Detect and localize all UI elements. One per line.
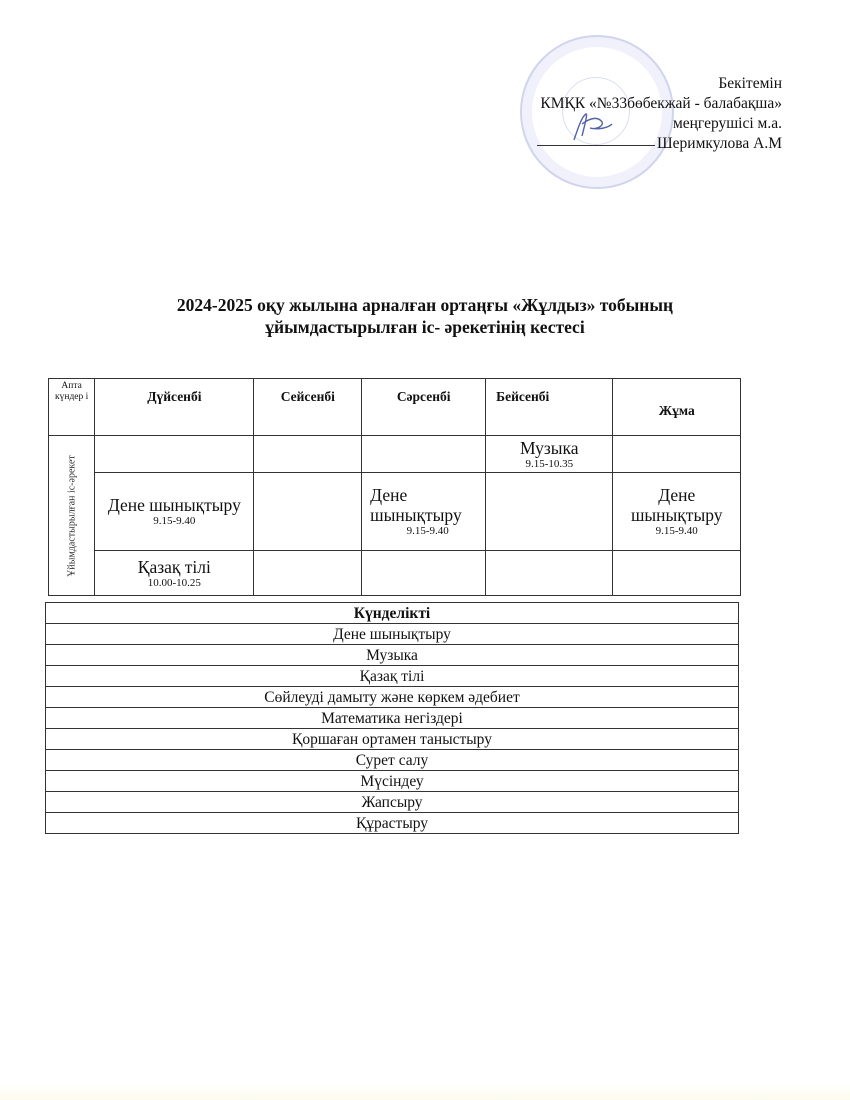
day-header-friday: Жұма [613, 379, 741, 436]
schedule-cell: Дене шынықтыру9.15-9.40 [362, 473, 486, 551]
schedule-cell [254, 473, 362, 551]
schedule-cell [486, 551, 613, 596]
schedule-cell [486, 473, 613, 551]
schedule-cell [362, 436, 486, 473]
schedule-row: Қазақ тілі10.00-10.25 [49, 551, 741, 596]
row-group-label: Ұйымдастырылған іс-әрекет [49, 436, 95, 596]
daily-item: Музыка [46, 645, 739, 666]
daily-item: Жапсыру [46, 792, 739, 813]
daily-item: Математика негіздері [46, 708, 739, 729]
approval-name: Шеримкулова А.М [657, 135, 782, 152]
schedule-cell [254, 436, 362, 473]
schedule-cell: Музыка9.15-10.35 [486, 436, 613, 473]
schedule-cell [613, 436, 741, 473]
title-line-2: ұйымдастырылған іс- әрекетінің кестесі [0, 316, 850, 338]
signature-line [537, 145, 655, 146]
document-title: 2024-2025 оқу жылына арналған ортаңғы «Ж… [0, 294, 850, 338]
daily-header: Күнделікті [46, 603, 739, 624]
title-line-1: 2024-2025 оқу жылына арналған ортаңғы «Ж… [0, 294, 850, 316]
daily-item: Қоршаған ортамен таныстыру [46, 729, 739, 750]
schedule-cell [362, 551, 486, 596]
schedule-cell [254, 551, 362, 596]
approval-heading: Бекітемін [537, 74, 782, 94]
schedule-row: Ұйымдастырылған іс-әрекет Музыка9.15-10.… [49, 436, 741, 473]
approval-block: Бекітемін КМҚК «№33бөбекжай - балабақша»… [537, 74, 782, 154]
day-header-wednesday: Сәрсенбі [362, 379, 486, 436]
schedule-cell: Қазақ тілі10.00-10.25 [95, 551, 254, 596]
scan-edge [0, 1085, 850, 1100]
schedule-header-row: Апта күндер і Дүйсенбі Сейсенбі Сәрсенбі… [49, 379, 741, 436]
schedule-cell [95, 436, 254, 473]
daily-item: Мүсіндеу [46, 771, 739, 792]
corner-label: Апта күндер і [49, 379, 95, 436]
daily-item: Қазақ тілі [46, 666, 739, 687]
daily-item: Дене шынықтыру [46, 624, 739, 645]
schedule-cell: Дене шынықтыру9.15-9.40 [95, 473, 254, 551]
daily-item: Сурет салу [46, 750, 739, 771]
daily-item: Құрастыру [46, 813, 739, 834]
day-header-monday: Дүйсенбі [95, 379, 254, 436]
daily-item: Сөйлеуді дамыту және көркем әдебиет [46, 687, 739, 708]
schedule-cell [613, 551, 741, 596]
weekly-schedule-table: Апта күндер і Дүйсенбі Сейсенбі Сәрсенбі… [48, 378, 741, 596]
day-header-thursday: Бейсенбі [486, 379, 613, 436]
schedule-row: Дене шынықтыру9.15-9.40 Дене шынықтыру9.… [49, 473, 741, 551]
approval-organization: КМҚК «№33бөбекжай - балабақша» [537, 94, 782, 114]
approval-position: меңгерушісі м.а. [537, 114, 782, 134]
daily-activities-table: Күнделікті Дене шынықтыру Музыка Қазақ т… [45, 602, 739, 834]
schedule-cell: Дене шынықтыру9.15-9.40 [613, 473, 741, 551]
day-header-tuesday: Сейсенбі [254, 379, 362, 436]
